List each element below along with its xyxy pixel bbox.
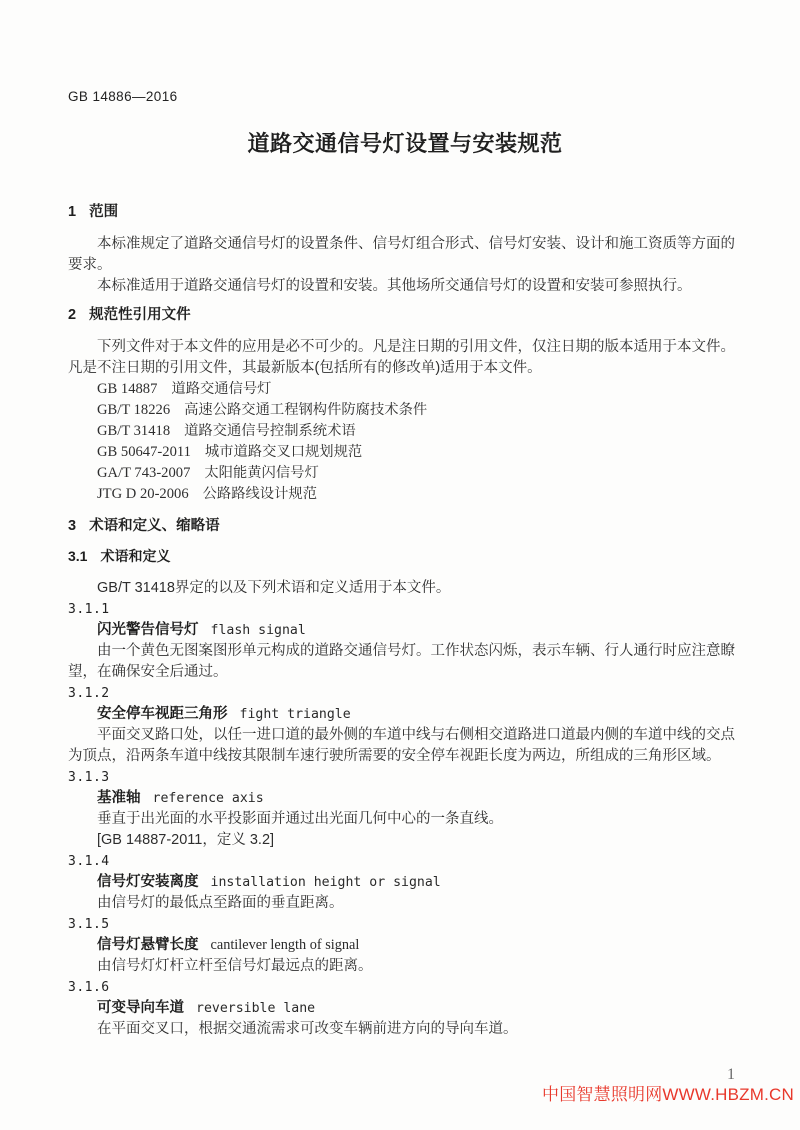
- reference-item: JTG D 20-2006公路路线设计规范: [68, 484, 742, 505]
- definition-line: 由信号灯的最低点至路面的垂直距离。: [68, 893, 742, 914]
- term-zh: 可变导向车道: [97, 1000, 184, 1016]
- term-heading: 闪光警告信号灯flash signal: [68, 620, 742, 641]
- definition-line: 在平面交叉口，根据交通流需求可改变车辆前进方向的导向车道。: [68, 1019, 742, 1040]
- term-heading: 信号灯安装离度installation height or signal: [68, 872, 742, 893]
- document-title: 道路交通信号灯设置与安装规范: [68, 129, 742, 159]
- reference-code: JTG D 20-2006: [97, 486, 189, 502]
- reference-code: GB/T 31418: [97, 423, 170, 439]
- term-heading: 可变导向车道reversible lane: [68, 998, 742, 1019]
- reference-name: 公路路线设计规范: [203, 486, 317, 502]
- reference-name: 太阳能黄闪信号灯: [204, 465, 318, 481]
- watermark-text: 中国智慧照明网WWW.HBZM.CN: [542, 1085, 794, 1105]
- document-page: GB 14886—2016 道路交通信号灯设置与安装规范 1范围 本标准规定了道…: [0, 0, 800, 1130]
- reference-item: GB/T 18226高速公路交通工程钢构件防腐技术条件: [68, 400, 742, 421]
- reference-code: GB/T 18226: [97, 402, 170, 418]
- reference-code: GB 50647-2011: [97, 444, 191, 460]
- reference-name: 高速公路交通工程钢构件防腐技术条件: [184, 402, 427, 418]
- reference-item: GB 14887道路交通信号灯: [68, 379, 742, 400]
- clause-number: 3.1.1: [68, 599, 742, 620]
- term-note: [GB 14887-2011，定义 3.2]: [68, 830, 742, 851]
- section-scope-heading: 1范围: [68, 203, 742, 221]
- term-en: reversible lane: [196, 1001, 315, 1016]
- clause-number: 3.1.5: [68, 914, 742, 935]
- term-en: flash signal: [211, 623, 306, 638]
- section-title: 术语和定义、缩略语: [89, 518, 220, 534]
- term-zh: 安全停车视距三角形: [97, 706, 228, 722]
- section-number: 2: [68, 307, 76, 323]
- term-zh: 信号灯安装离度: [97, 874, 199, 890]
- term-heading: 信号灯悬臂长度cantilever length of signal: [68, 935, 742, 956]
- references-intro-line: 下列文件对于本文件的应用是必不可少的。凡是注日期的引用文件，仅注日期的版本适用于…: [68, 337, 742, 358]
- reference-name: 城市道路交叉口规划规范: [205, 444, 362, 460]
- section-references-heading: 2规范性引用文件: [68, 306, 742, 324]
- references-intro-line: 凡是不注日期的引用文件，其最新版本(包括所有的修改单)适用于本文件。: [68, 358, 742, 379]
- document-content: GB 14886—2016 道路交通信号灯设置与安装规范 1范围 本标准规定了道…: [0, 0, 800, 1040]
- term-heading: 安全停车视距三角形fight triangle: [68, 704, 742, 725]
- section-title: 规范性引用文件: [89, 307, 191, 323]
- terms-intro: GB/T 31418界定的以及下列术语和定义适用于本文件。: [68, 578, 742, 599]
- scope-paragraph-line: 要求。: [68, 255, 742, 276]
- section-terms-heading: 3术语和定义、缩略语: [68, 517, 742, 535]
- term-zh: 基准轴: [97, 790, 141, 806]
- clause-number: 3.1.4: [68, 851, 742, 872]
- scope-paragraph-line: 本标准规定了道路交通信号灯的设置条件、信号灯组合形式、信号灯安装、设计和施工资质…: [68, 234, 742, 255]
- term-en: reference axis: [153, 791, 264, 806]
- term-zh: 闪光警告信号灯: [97, 622, 199, 638]
- definition-line: 垂直于出光面的水平投影面并通过出光面几何中心的一条直线。: [68, 809, 742, 830]
- clause-number: 3.1.3: [68, 767, 742, 788]
- definition-line: 平面交叉路口处，以任一进口道的最外侧的车道中线与右侧相交道路进口道最内侧的车道中…: [68, 725, 742, 746]
- standard-number: GB 14886—2016: [68, 88, 742, 105]
- reference-item: GA/T 743-2007太阳能黄闪信号灯: [68, 463, 742, 484]
- definition-line: 由信号灯灯杆立杆至信号灯最远点的距离。: [68, 956, 742, 977]
- scope-paragraph-line: 本标准适用于道路交通信号灯的设置和安装。其他场所交通信号灯的设置和安装可参照执行…: [68, 276, 742, 297]
- term-en: cantilever length of signal: [211, 937, 360, 953]
- reference-name: 道路交通信号控制系统术语: [184, 423, 356, 439]
- definition-line: 为顶点，沿两条车道中线按其限制车速行驶所需要的安全停车视距长度为两边，所组成的三…: [68, 746, 742, 767]
- term-en: fight triangle: [240, 707, 351, 722]
- reference-code: GA/T 743-2007: [97, 465, 190, 481]
- subsection-terms-heading: 3.1术语和定义: [68, 548, 742, 565]
- clause-number: 3.1.2: [68, 683, 742, 704]
- section-title: 范围: [89, 204, 118, 220]
- definition-line: 由一个黄色无图案图形单元构成的道路交通信号灯。工作状态闪烁，表示车辆、行人通行时…: [68, 641, 742, 662]
- reference-code: GB 14887: [97, 381, 157, 397]
- page-number: 1: [727, 1066, 735, 1084]
- reference-item: GB/T 31418道路交通信号控制系统术语: [68, 421, 742, 442]
- term-zh: 信号灯悬臂长度: [97, 937, 199, 953]
- subsection-number: 3.1: [68, 548, 87, 564]
- clause-number: 3.1.6: [68, 977, 742, 998]
- definition-line: 望，在确保安全后通过。: [68, 662, 742, 683]
- section-number: 3: [68, 518, 76, 534]
- term-heading: 基准轴reference axis: [68, 788, 742, 809]
- reference-name: 道路交通信号灯: [171, 381, 271, 397]
- section-number: 1: [68, 204, 76, 220]
- reference-item: GB 50647-2011城市道路交叉口规划规范: [68, 442, 742, 463]
- term-en: installation height or signal: [211, 875, 441, 890]
- subsection-title: 术语和定义: [100, 548, 170, 564]
